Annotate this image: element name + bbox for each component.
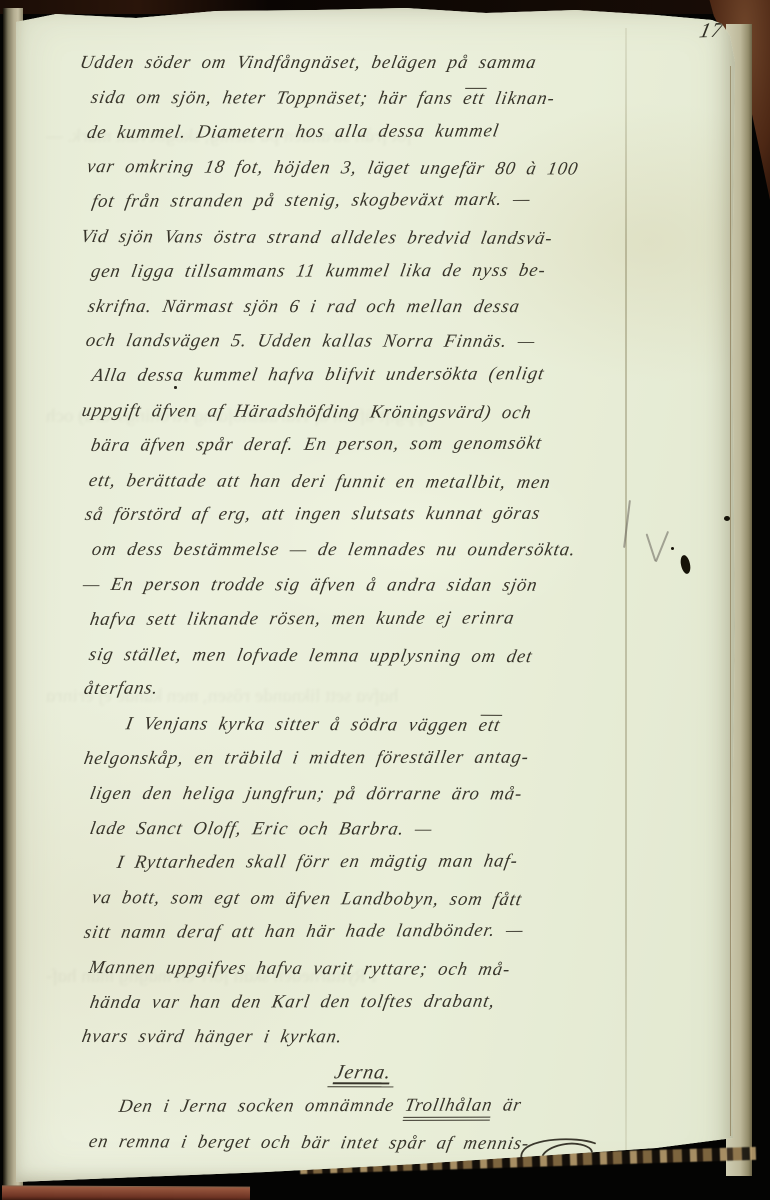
manuscript-line: skrifna. Närmast sjön 6 i rad och mellan… <box>77 290 649 325</box>
manuscript-page: fot från stranden på stenig, skogbeväxt … <box>16 6 735 1186</box>
manuscript-text: Udden söder om Vindfångnäset, belägen på… <box>80 46 646 1160</box>
manuscript-line: Vid sjön Vans östra strand alldeles bred… <box>77 220 649 257</box>
manuscript-line: och landsvägen 5. Udden kallas Norra Fin… <box>77 324 649 360</box>
manuscript-line: återfans. <box>77 669 649 707</box>
manuscript-line: Mannen uppgifves hafva varit ryttare; oc… <box>77 951 649 988</box>
manuscript-line: de kummel. Diametern hos alla dessa kumm… <box>77 113 649 150</box>
manuscript-line: Alla dessa kummel hafva blifvit undersök… <box>77 357 649 394</box>
manuscript-line: om dess bestämmelse — de lemnades nu oun… <box>77 533 649 568</box>
manuscript-line: sitt namn deraf att han här hade landbön… <box>77 913 649 951</box>
manuscript-line: så förstörd af erg, att ingen slutsats k… <box>77 497 649 533</box>
manuscript-line: ligen den heliga jungfrun; på dörrarne ä… <box>77 777 649 812</box>
edge-crease <box>730 66 731 1136</box>
manuscript-line: I Venjans kyrka sitter å södra väggen et… <box>77 707 649 744</box>
manuscript-line: lade Sanct Oloff, Eric och Barbra. — <box>77 812 649 848</box>
manuscript-line: — En person trodde sig äfven å andra sid… <box>77 568 649 604</box>
pencil-check-mark <box>655 531 669 562</box>
manuscript-line: sida om sjön, heter Toppnäset; här fans … <box>77 81 649 117</box>
ink-blot <box>174 386 177 389</box>
section-heading: Jerna. <box>77 1055 649 1090</box>
ink-blot <box>724 516 730 521</box>
manuscript-line: hända var han den Karl den tolftes draba… <box>77 984 649 1021</box>
manuscript-line: ett, berättade att han deri funnit en me… <box>77 464 649 501</box>
manuscript-line: hvars svärd hänger i kyrkan. <box>77 1020 649 1055</box>
pencil-check-mark <box>646 533 657 561</box>
ink-blot <box>671 547 674 550</box>
manuscript-line: helgonskåp, en träbild i midten förestäl… <box>77 740 649 776</box>
manuscript-line: gen ligga tillsammans 11 kummel lika de … <box>77 253 649 289</box>
ink-blot <box>679 554 692 574</box>
manuscript-line: hafva sett liknande rösen, men kunde ej … <box>77 601 649 638</box>
scanned-manuscript-page: fot från stranden på stenig, skogbeväxt … <box>0 0 770 1200</box>
manuscript-line: Den i Jerna socken omnämnde Trollhålan ä… <box>77 1088 649 1125</box>
book-board-edge <box>2 1185 250 1200</box>
manuscript-line: Udden söder om Vindfångnäset, belägen på… <box>77 46 649 81</box>
manuscript-line: fot från stranden på stenig, skogbeväxt … <box>77 182 649 220</box>
manuscript-line: I Ryttarheden skall förr en mägtig man h… <box>77 844 649 881</box>
manuscript-line: bära äfven spår deraf. En person, som ge… <box>77 426 649 464</box>
